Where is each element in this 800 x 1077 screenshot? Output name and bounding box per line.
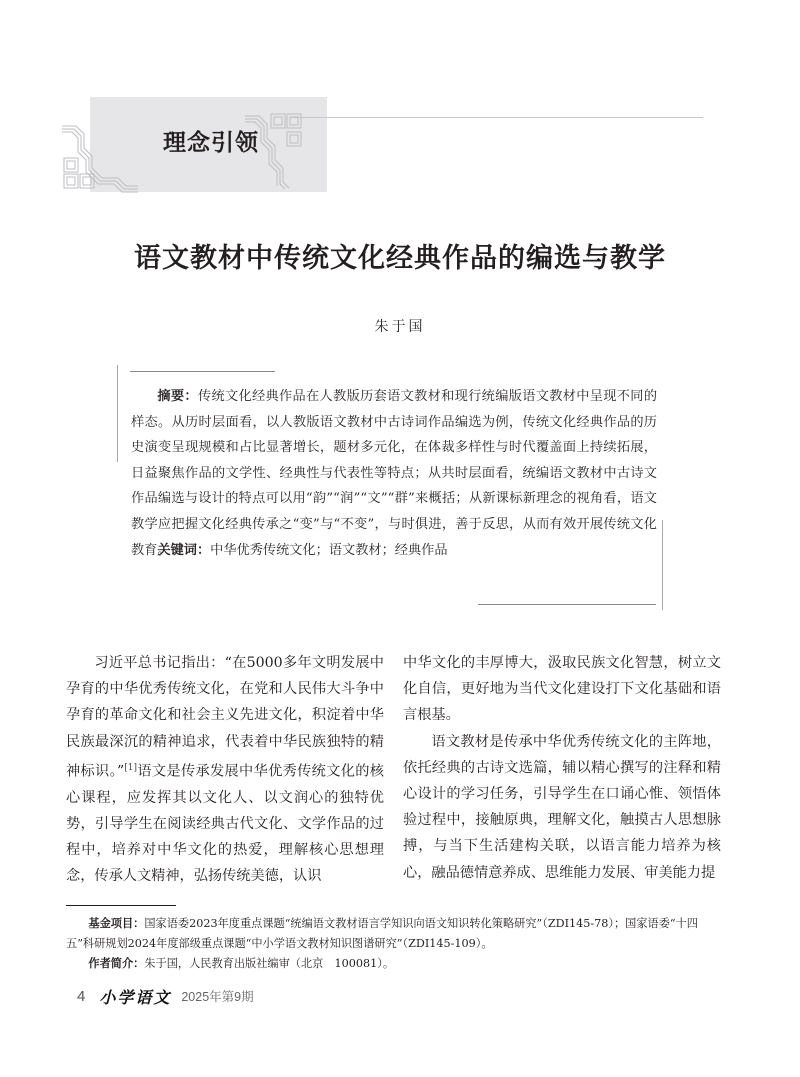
- paragraph-text: 习近平总书记指出：“在5000多年文明发展中孕育的中华优秀传统文化，在党和人民伟…: [66, 655, 384, 780]
- fund-label: 基金项目：: [88, 917, 144, 930]
- fund-text: 国家语委2023年度重点课题“统编语文教材语言学知识向语文知识转化策略研究”（Z…: [66, 917, 698, 950]
- article-title: 语文教材中传统文化经典作品的编选与教学: [0, 236, 800, 275]
- journal-logo: 小学语文: [99, 985, 171, 1008]
- paragraph-text: 语文是传承发展中华优秀传统文化的核心课程，应发挥其以文化人、以文润心的独特优势，…: [66, 764, 384, 885]
- page-number: 4: [77, 988, 85, 1005]
- keywords-text: 中华优秀传统文化；语文教材；经典作品: [210, 543, 447, 558]
- author-bio-label: 作者简介：: [88, 957, 144, 970]
- footnote-rule: [66, 905, 176, 906]
- keywords-label: 关键词：: [157, 543, 210, 558]
- body-paragraph: 习近平总书记指出：“在5000多年文明发展中孕育的中华优秀传统文化，在党和人民伟…: [66, 650, 384, 890]
- footnote-fund: 基金项目：国家语委2023年度重点课题“统编语文教材语言学知识向语文知识转化策略…: [66, 914, 726, 954]
- abstract-top-rule: [130, 371, 275, 372]
- citation-ref[interactable]: [1]: [124, 763, 137, 773]
- abstract-text: 传统文化经典作品在人教版历套语文教材和现行统编版语文教材中呈现不同的样态。从历时…: [131, 389, 657, 558]
- section-title: 理念引领: [163, 124, 259, 157]
- page-footer: 4 小学语文 2025年第9期: [77, 986, 254, 1006]
- keywords: 关键词：中华优秀传统文化；语文教材；经典作品: [131, 538, 657, 564]
- issue-label: 2025年第9期: [181, 987, 253, 1005]
- footnotes: 基金项目：国家语委2023年度重点课题“统编语文教材语言学知识向语文知识转化策略…: [66, 914, 726, 974]
- abstract-bottom-rule: [478, 604, 656, 605]
- header-rule: [291, 117, 703, 118]
- body-paragraph: 中华文化的丰厚博大，汲取民族文化智慧，树立文化自信，更好地为当代文化建设打下文化…: [403, 650, 721, 729]
- abstract-left-border: [117, 365, 118, 462]
- abstract-right-border: [662, 520, 663, 610]
- author-bio-text: 朱于国，人民教育出版社编审（北京 100081）。: [144, 957, 394, 970]
- footnote-author: 作者简介：朱于国，人民教育出版社编审（北京 100081）。: [66, 954, 726, 974]
- body-column-left: 习近平总书记指出：“在5000多年文明发展中孕育的中华优秀传统文化，在党和人民伟…: [66, 650, 384, 890]
- body-column-right: 中华文化的丰厚博大，汲取民族文化智慧，树立文化自信，更好地为当代文化建设打下文化…: [403, 650, 721, 886]
- fret-ornament-left-icon: [62, 118, 142, 198]
- abstract: 摘要：传统文化经典作品在人教版历套语文教材和现行统编版语文教材中呈现不同的样态。…: [131, 384, 657, 563]
- body-paragraph: 语文教材是传承中华优秀传统文化的主阵地，依托经典的古诗文选篇，辅以精心撰写的注释…: [403, 729, 721, 886]
- abstract-label: 摘要：: [157, 389, 198, 404]
- author-name: 朱于国: [0, 316, 800, 336]
